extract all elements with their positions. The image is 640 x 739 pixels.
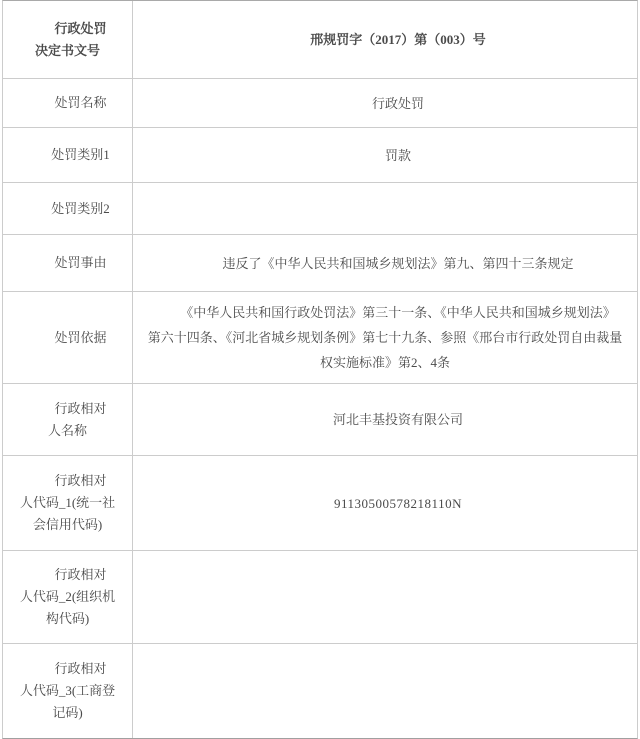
- penalty-basis-label-cell: 处罚依据: [3, 292, 133, 383]
- row-penalty-name: 处罚名称 行政处罚: [3, 79, 637, 128]
- decision-number-value-cell: 邢规罚字（2017）第（003）号: [133, 1, 637, 78]
- penalty-category-2-label-cell: 处罚类别2: [3, 183, 133, 234]
- screenshot-root: 行政处罚 决定书文号 邢规罚字（2017）第（003）号 处罚名称 行政处罚 处…: [0, 0, 640, 739]
- row-party-code-2: 行政相对 人代码_2(组织机 构代码): [3, 551, 637, 644]
- party-name-value-cell: 河北丰基投资有限公司: [133, 384, 637, 455]
- party-code-1-value-cell: 91130500578218110N: [133, 456, 637, 550]
- party-code-3-label-cell: 行政相对 人代码_3(工商登 记码): [3, 644, 133, 738]
- penalty-record-table: 行政处罚 决定书文号 邢规罚字（2017）第（003）号 处罚名称 行政处罚 处…: [2, 0, 638, 739]
- row-party-name: 行政相对 人名称 河北丰基投资有限公司: [3, 384, 637, 456]
- penalty-category-1-label-cell: 处罚类别1: [3, 128, 133, 182]
- penalty-category-2-value-cell: [133, 183, 637, 234]
- penalty-basis-label: 处罚依据: [5, 327, 130, 349]
- penalty-name-label: 处罚名称: [5, 92, 130, 114]
- party-name-label-cell: 行政相对 人名称: [3, 384, 133, 455]
- penalty-category-1-value: 罚款: [139, 143, 631, 168]
- penalty-basis-value: 《中华人民共和国行政处罚法》第三十一条、《中华人民共和国城乡规划法》 第六十四条…: [139, 300, 631, 375]
- penalty-reason-label: 处罚事由: [5, 252, 130, 274]
- decision-number-value: 邢规罚字（2017）第（003）号: [139, 27, 631, 52]
- decision-number-label: 行政处罚 决定书文号: [5, 18, 130, 62]
- party-code-1-value: 91130500578218110N: [139, 491, 631, 516]
- decision-number-label-cell: 行政处罚 决定书文号: [3, 1, 133, 78]
- party-name-value: 河北丰基投资有限公司: [139, 407, 631, 432]
- penalty-category-1-label: 处罚类别1: [5, 144, 130, 166]
- row-party-code-3: 行政相对 人代码_3(工商登 记码): [3, 644, 637, 738]
- penalty-reason-value-cell: 违反了《中华人民共和国城乡规划法》第九、第四十三条规定: [133, 235, 637, 291]
- party-code-3-value-cell: [133, 644, 637, 738]
- penalty-category-2-label: 处罚类别2: [5, 198, 130, 220]
- row-penalty-category-2: 处罚类别2: [3, 183, 637, 235]
- party-code-2-label: 行政相对 人代码_2(组织机 构代码): [5, 564, 130, 630]
- party-code-2-value-cell: [133, 551, 637, 643]
- party-name-label: 行政相对 人名称: [5, 398, 130, 442]
- penalty-name-label-cell: 处罚名称: [3, 79, 133, 127]
- penalty-basis-value-cell: 《中华人民共和国行政处罚法》第三十一条、《中华人民共和国城乡规划法》 第六十四条…: [133, 292, 637, 383]
- row-penalty-reason: 处罚事由 违反了《中华人民共和国城乡规划法》第九、第四十三条规定: [3, 235, 637, 292]
- party-code-2-label-cell: 行政相对 人代码_2(组织机 构代码): [3, 551, 133, 643]
- penalty-reason-label-cell: 处罚事由: [3, 235, 133, 291]
- row-decision-number: 行政处罚 决定书文号 邢规罚字（2017）第（003）号: [3, 1, 637, 79]
- penalty-name-value: 行政处罚: [139, 91, 631, 116]
- row-penalty-basis: 处罚依据 《中华人民共和国行政处罚法》第三十一条、《中华人民共和国城乡规划法》 …: [3, 292, 637, 384]
- penalty-name-value-cell: 行政处罚: [133, 79, 637, 127]
- penalty-reason-value: 违反了《中华人民共和国城乡规划法》第九、第四十三条规定: [139, 251, 631, 276]
- party-code-1-label-cell: 行政相对 人代码_1(统一社 会信用代码): [3, 456, 133, 550]
- penalty-category-1-value-cell: 罚款: [133, 128, 637, 182]
- row-penalty-category-1: 处罚类别1 罚款: [3, 128, 637, 183]
- party-code-1-label: 行政相对 人代码_1(统一社 会信用代码): [5, 470, 130, 536]
- party-code-3-label: 行政相对 人代码_3(工商登 记码): [5, 658, 130, 724]
- row-party-code-1: 行政相对 人代码_1(统一社 会信用代码) 91130500578218110N: [3, 456, 637, 551]
